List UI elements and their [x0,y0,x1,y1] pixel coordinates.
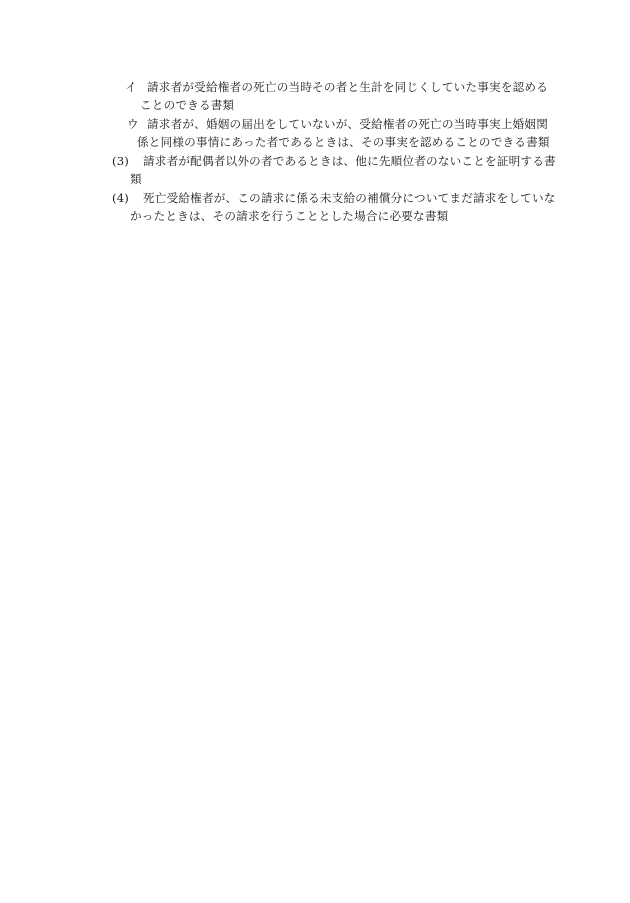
item-marker: (3) [112,154,143,168]
item-3-line-2: 類 [130,172,142,186]
item-text: 請求者が、婚姻の届出をしていないが、受給権者の死亡の当時事実上婚姻関 [147,117,548,131]
item-text: 請求者が受給権者の死亡の当時その者と生計を同じくしていた事実を認める [147,80,548,94]
item-text: 係と同様の事情にあった者であるときは、その事実を認めることのできる書類 [137,135,550,149]
item-4-line-2: かったときは、その請求を行うこととした場合に必要な書類 [130,209,448,223]
item-text: 類 [130,172,142,186]
item-i-line-1: イ請求者が受給権者の死亡の当時その者と生計を同じくしていた事実を認める [125,80,548,94]
document-page: イ請求者が受給権者の死亡の当時その者と生計を同じくしていた事実を認める ことので… [0,0,630,903]
item-i-line-2: ことのできる書類 [140,98,234,112]
item-marker: イ [125,80,147,94]
item-3-line-1: (3)請求者が配偶者以外の者であるときは、他に先順位者のないことを証明する書 [112,154,556,168]
item-text: ことのできる書類 [140,98,234,112]
item-text: 死亡受給権者が、この請求に係る未支給の補償分についてまだ請求をしていな [143,191,556,205]
item-4-line-1: (4)死亡受給権者が、この請求に係る未支給の補償分についてまだ請求をしていな [112,191,556,205]
item-u-line-1: ウ請求者が、婚姻の届出をしていないが、受給権者の死亡の当時事実上婚姻関 [127,117,548,131]
item-text: 請求者が配偶者以外の者であるときは、他に先順位者のないことを証明する書 [143,154,556,168]
item-marker: ウ [127,117,147,131]
item-marker: (4) [112,191,143,205]
item-u-line-2: 係と同様の事情にあった者であるときは、その事実を認めることのできる書類 [137,135,550,149]
item-text: かったときは、その請求を行うこととした場合に必要な書類 [130,209,448,223]
